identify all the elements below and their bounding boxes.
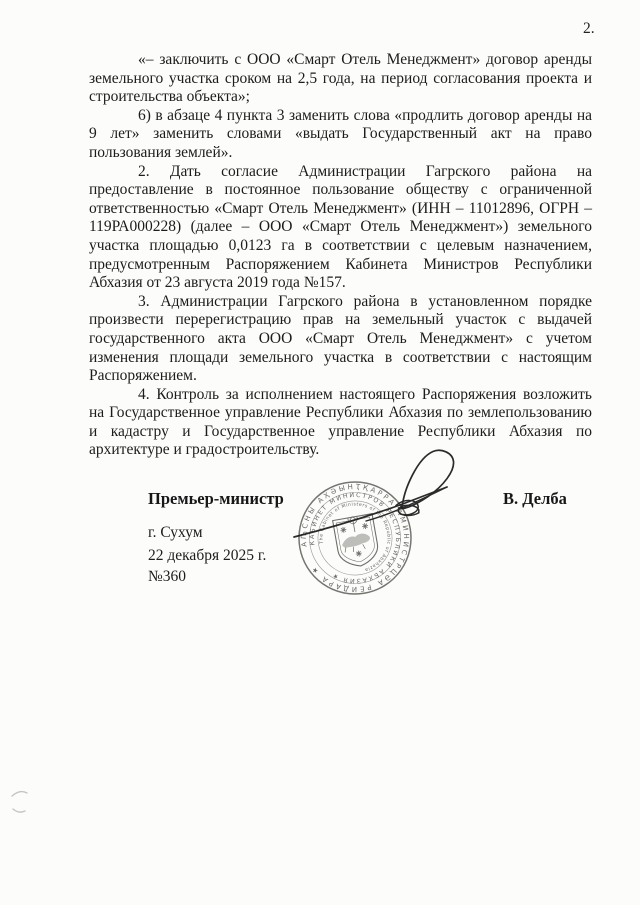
shield-star-right bbox=[362, 523, 369, 530]
document-number: №360 bbox=[148, 568, 186, 586]
signatory-title: Премьер-министр bbox=[148, 489, 284, 509]
seal-stamp: АҦСНЫ АҲӘЫНҬҚАРРА АМИНИСТРЦӘА РЕИДАРА ★ … bbox=[290, 473, 420, 603]
signatory-name: В. Делба bbox=[503, 489, 567, 509]
paragraph: 3. Администрации Гагрского района в уста… bbox=[89, 293, 592, 386]
document-body: «– заключить с ООО «Смарт Отель Менеджме… bbox=[89, 51, 592, 460]
coat-of-arms-shield bbox=[333, 513, 381, 569]
shield-horseman bbox=[341, 532, 372, 553]
paragraph: «– заключить с ООО «Смарт Отель Менеджме… bbox=[89, 51, 592, 107]
document-page: 2. «– заключить с ООО «Смарт Отель Менед… bbox=[0, 0, 640, 905]
paragraph: 2. Дать согласие Администрации Гагрского… bbox=[89, 163, 592, 293]
paragraph: 6) в абзаце 4 пункта 3 заменить слова «п… bbox=[89, 107, 592, 163]
shield-star-bottom bbox=[355, 550, 362, 557]
official-seal: АҦСНЫ АҲӘЫНҬҚАРРА АМИНИСТРЦӘА РЕИДАРА ★ … bbox=[270, 440, 470, 620]
signature-date: 22 декабря 2025 г. bbox=[148, 547, 266, 565]
stray-ink-marks bbox=[0, 780, 45, 825]
signature-place: г. Сухум bbox=[148, 524, 203, 542]
shield-star-left bbox=[340, 526, 347, 533]
page-number: 2. bbox=[583, 20, 595, 38]
